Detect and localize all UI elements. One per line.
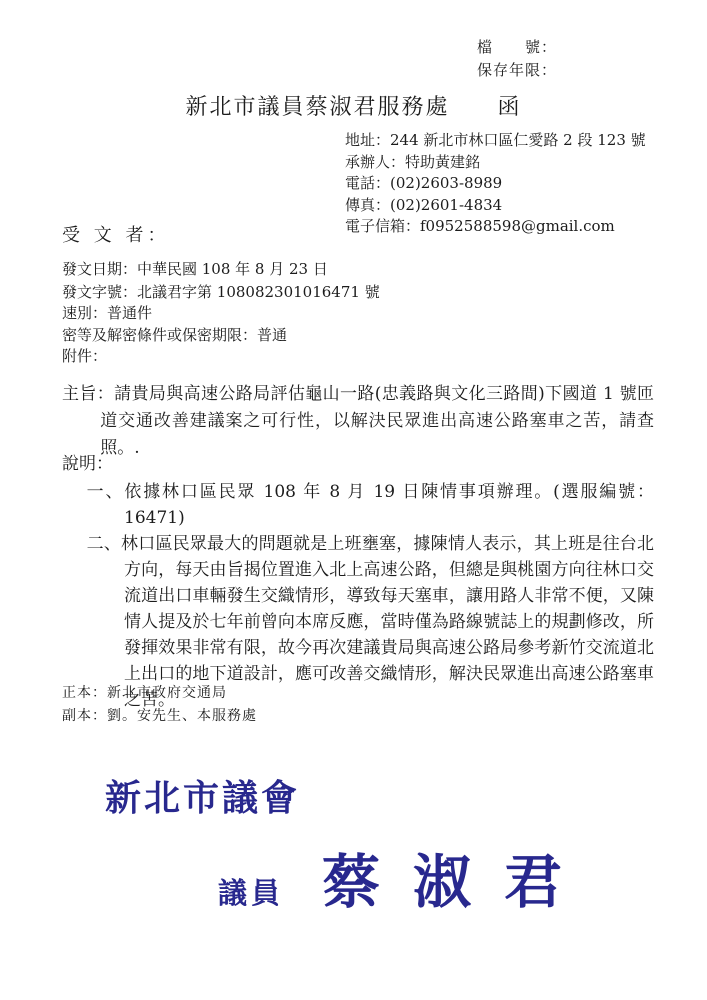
document-title: 新北市議員蔡淑君服務處 函 <box>0 90 707 121</box>
official-letter-page: 檔 號： 保存年限： 新北市議員蔡淑君服務處 函 地址：244 新北市林口區仁愛… <box>0 0 707 1000</box>
document-meta-block: 發文日期：中華民國 108 年 8 月 23 日 發文字號：北議君字第 1080… <box>62 258 380 368</box>
subject-section: 主旨：請貴局與高速公路局評估龜山一路(忠義路與文化三路間)下國道 1 號匝道交通… <box>62 381 654 462</box>
subject-text: 請貴局與高速公路局評估龜山一路(忠義路與文化三路間)下國道 1 號匝道交通改善建… <box>100 384 654 458</box>
fax-line: 傳真：(02)2601-4834 <box>345 195 646 217</box>
council-signature: 新北市議會 <box>105 770 300 821</box>
original-copy-line: 正本：新北市政府交通局 <box>62 682 257 705</box>
copies-block: 正本：新北市政府交通局 副本：劉。安先生、本服務處 <box>62 682 257 728</box>
explanation-heading: 說明： <box>62 451 654 477</box>
attachment-line: 附件： <box>62 346 380 368</box>
cc-copy-line: 副本：劉。安先生、本服務處 <box>62 705 257 728</box>
doc-number-line: 發文字號：北議君字第 108082301016471 號 <box>62 281 380 304</box>
explanation-item-1: 一、依據林口區民眾 108 年 8 月 19 日陳情事項辦理。(選服編號：164… <box>87 479 654 531</box>
file-number-label: 檔 號： <box>477 36 557 59</box>
item-number: 一、 <box>87 482 125 502</box>
issue-date-line: 發文日期：中華民國 108 年 8 月 23 日 <box>62 258 380 281</box>
email-line: 電子信箱：f0952588598@gmail.com <box>345 216 646 238</box>
phone-line: 電話：(02)2603-8989 <box>345 173 646 195</box>
handler-line: 承辦人：特助黃建銘 <box>345 152 646 174</box>
councilor-title: 議員 <box>218 871 284 912</box>
security-line: 密等及解密條件或保密期限：普通 <box>62 325 380 347</box>
sender-contact-block: 地址：244 新北市林口區仁愛路 2 段 123 號 承辦人：特助黃建銘 電話：… <box>345 130 646 238</box>
recipient-label: 受 文 者： <box>62 221 169 247</box>
item-number: 二、 <box>87 534 121 554</box>
address-line: 地址：244 新北市林口區仁愛路 2 段 123 號 <box>345 130 646 152</box>
speed-line: 速別：普通件 <box>62 303 380 325</box>
retention-period-label: 保存年限： <box>477 59 557 82</box>
item-text: 依據林口區民眾 108 年 8 月 19 日陳情事項辦理。(選服編號：16471… <box>124 482 654 528</box>
councilor-name-signature: 蔡淑君 <box>322 835 595 919</box>
councilor-signature-row: 議員 蔡淑君 <box>218 835 595 919</box>
subject-label: 主旨： <box>62 384 114 404</box>
explanation-section: 說明： 一、依據林口區民眾 108 年 8 月 19 日陳情事項辦理。(選服編號… <box>62 451 654 713</box>
archival-labels: 檔 號： 保存年限： <box>477 36 557 82</box>
